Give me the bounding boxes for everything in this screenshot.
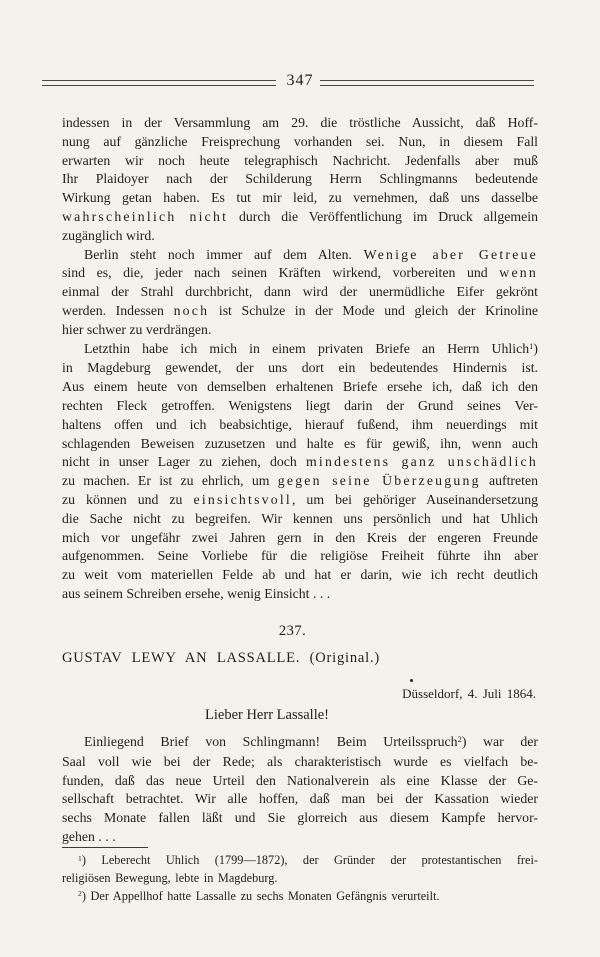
salutation: Lieber Herr Lassalle! — [62, 707, 472, 724]
text-segment: mich vor ungefähr zwei Jahren gern in de… — [62, 530, 538, 545]
text-segment: Saal voll wie bei der Rede; als charakte… — [62, 754, 538, 769]
emphasized-text: wenn — [499, 265, 538, 280]
text-segment: schlagenden Beweisen zuzusetzen und halt… — [62, 436, 538, 451]
paragraph: Letzthin habe ich mich in einem privaten… — [62, 340, 538, 604]
text-segment: aus seinem Schreiben ersehe, wenig Einsi… — [62, 586, 330, 601]
text-line: zu machen. Er ist zu ehrlich, um gegen s… — [62, 472, 538, 491]
text-line: schlagenden Beweisen zuzusetzen und halt… — [62, 435, 538, 454]
text-segment: Einliegend Brief von Schlingmann! Beim U… — [84, 734, 458, 749]
text-segment: durch die Veröffentlichung im Druck allg… — [228, 209, 538, 224]
footnotes: 1) Leberecht Uhlich (1799—1872), der Grü… — [62, 852, 538, 906]
text-segment: einmal der Strahl durchbricht, dann wird… — [62, 284, 538, 299]
text-segment: Wirkung getan haben. Es tut mir leid, zu… — [62, 190, 538, 205]
text-line: einmal der Strahl durchbricht, dann wird… — [62, 283, 538, 302]
text-line: in Magdeburg gewendet, der uns dort ein … — [62, 359, 538, 378]
footnote-reference: 1 — [78, 854, 82, 863]
text-line: Ihr Plaidoyer nach der Schilderung Herrn… — [62, 170, 538, 189]
emphasized-text: mindestens ganz unschädlich — [306, 454, 538, 469]
text-line: Aus einem heute von demselben erhaltenen… — [62, 378, 538, 397]
footnote-separator — [62, 847, 148, 848]
text-line: indessen in der Versammlung am 29. die t… — [62, 114, 538, 133]
text-line: Einliegend Brief von Schlingmann! Beim U… — [62, 733, 538, 753]
text-segment: zu können und zu — [62, 492, 194, 507]
text-line: aus seinem Schreiben ersehe, wenig Einsi… — [62, 585, 538, 604]
text-segment: Berlin steht noch immer auf dem Alten. — [84, 247, 364, 262]
text-segment: aufgenommen. Seine Vorliebe für die reli… — [62, 548, 538, 563]
text-segment: religiösen Bewegung, lebte in Magdeburg. — [62, 871, 277, 885]
text-segment: ) — [533, 341, 538, 356]
letter-body-second: Einliegend Brief von Schlingmann! Beim U… — [62, 733, 538, 847]
text-segment: in Magdeburg gewendet, der uns dort ein … — [62, 360, 538, 375]
emphasized-text: gegen seine Überzeugung — [278, 473, 481, 488]
text-line: funden, daß das neue Urteil den National… — [62, 772, 538, 791]
text-line: zu weit vom materiellen Felde ab und hat… — [62, 566, 538, 585]
text-segment: zu weit vom materiellen Felde ab und hat… — [62, 567, 538, 582]
text-segment: werden. Indessen — [62, 303, 174, 318]
text-line: sind es, die, jeder nach seinen Kräften … — [62, 264, 538, 283]
text-segment: , um bei gehöriger Auseinandersetzung — [292, 492, 538, 507]
paragraph: Berlin steht noch immer auf dem Alten. W… — [62, 246, 538, 340]
text-line: 2) Der Appellhof hatte Lassalle zu sechs… — [62, 888, 538, 906]
emphasized-text: noch — [174, 303, 210, 318]
text-line: die Sache nicht zu begreifen. Wir kennen… — [62, 510, 538, 529]
text-line: sechs Monate fallen läßt und Sie glorrei… — [62, 809, 538, 828]
text-segment: auftreten — [481, 473, 538, 488]
paragraph: indessen in der Versammlung am 29. die t… — [62, 114, 538, 246]
text-segment: zugänglich wird. — [62, 228, 155, 243]
text-segment: die Sache nicht zu begreifen. Wir kennen… — [62, 511, 538, 526]
text-line: rechten Fleck getroffen. Wenigstens lieg… — [62, 397, 538, 416]
text-line: aufgenommen. Seine Vorliebe für die reli… — [62, 547, 538, 566]
footnote-reference: 1 — [529, 341, 533, 351]
text-line: nung auf gänzliche Freisprechung vorhand… — [62, 133, 538, 152]
footnote-reference: 2 — [78, 889, 82, 898]
text-line: hier schwer zu verdrängen. — [62, 321, 538, 340]
book-page: 347 indessen in der Versammlung am 29. d… — [0, 0, 600, 957]
section-number: 237. — [0, 623, 585, 640]
emphasized-text: einsichtsvoll — [194, 492, 292, 507]
text-line: mich vor ungefähr zwei Jahren gern in de… — [62, 529, 538, 548]
text-segment: rechten Fleck getroffen. Wenigstens lieg… — [62, 398, 538, 413]
text-segment: sechs Monate fallen läßt und Sie glorrei… — [62, 810, 538, 825]
text-segment: gehen . . . — [62, 829, 116, 844]
text-line: wahrscheinlich nicht durch die Veröffent… — [62, 208, 538, 227]
text-line: erwarten wir noch heute telegraphisch Na… — [62, 152, 538, 171]
ink-dot-artifact — [410, 679, 413, 682]
paragraph: 1) Leberecht Uhlich (1799—1872), der Grü… — [62, 852, 538, 888]
text-segment: nicht in unser Lager zu ziehen, doch — [62, 454, 306, 469]
text-segment: sellschaft betrachtet. Wir alle hoffen, … — [62, 791, 538, 806]
text-segment: sind es, die, jeder nach seinen Kräften … — [62, 265, 499, 280]
text-line: gehen . . . — [62, 828, 538, 847]
text-line: haltens offen und ich beabsichtige, hier… — [62, 416, 538, 435]
text-line: Saal voll wie bei der Rede; als charakte… — [62, 753, 538, 772]
text-segment: ) Leberecht Uhlich (1799—1872), der Grün… — [82, 853, 538, 867]
text-line: religiösen Bewegung, lebte in Magdeburg. — [62, 870, 538, 887]
text-line: nicht in unser Lager zu ziehen, doch min… — [62, 453, 538, 472]
dateline: Düsseldorf, 4. Juli 1864. — [62, 686, 536, 702]
text-segment: erwarten wir noch heute telegraphisch Na… — [62, 153, 538, 168]
text-segment: indessen in der Versammlung am 29. die t… — [62, 115, 538, 130]
text-segment: hier schwer zu verdrängen. — [62, 322, 211, 337]
header-rule-right — [320, 80, 534, 86]
text-line: Berlin steht noch immer auf dem Alten. W… — [62, 246, 538, 265]
text-line: zugänglich wird. — [62, 227, 538, 246]
text-segment: Ihr Plaidoyer nach der Schilderung Herrn… — [62, 171, 538, 186]
text-segment: ist Schulze in der Mode und gleich der K… — [209, 303, 538, 318]
text-line: werden. Indessen noch ist Schulze in der… — [62, 302, 538, 321]
paragraph: Einliegend Brief von Schlingmann! Beim U… — [62, 733, 538, 847]
text-segment: Aus einem heute von demselben erhaltenen… — [62, 379, 538, 394]
letter-body-first: indessen in der Versammlung am 29. die t… — [62, 114, 538, 604]
text-segment: haltens offen und ich beabsichtige, hier… — [62, 417, 538, 432]
text-segment: nung auf gänzliche Freisprechung vorhand… — [62, 134, 538, 149]
text-line: Letzthin habe ich mich in einem privaten… — [62, 340, 538, 360]
text-line: zu können und zu einsichtsvoll, um bei g… — [62, 491, 538, 510]
emphasized-text: Wenige aber Getreue — [364, 247, 538, 262]
emphasized-text: wahrscheinlich nicht — [62, 209, 228, 224]
text-line: sellschaft betrachtet. Wir alle hoffen, … — [62, 790, 538, 809]
text-segment: Letzthin habe ich mich in einem privaten… — [84, 341, 529, 356]
text-segment: ) Der Appellhof hatte Lassalle zu sechs … — [82, 889, 440, 903]
letter-heading: GUSTAV LEWY AN LASSALLE. (Original.) — [62, 650, 380, 667]
text-segment: zu machen. Er ist zu ehrlich, um — [62, 473, 278, 488]
footnote-reference: 2 — [458, 734, 462, 744]
text-line: Wirkung getan haben. Es tut mir leid, zu… — [62, 189, 538, 208]
text-segment: ) war der — [462, 734, 538, 749]
text-segment: funden, daß das neue Urteil den National… — [62, 773, 538, 788]
paragraph: 2) Der Appellhof hatte Lassalle zu sechs… — [62, 888, 538, 906]
text-line: 1) Leberecht Uhlich (1799—1872), der Grü… — [62, 852, 538, 870]
